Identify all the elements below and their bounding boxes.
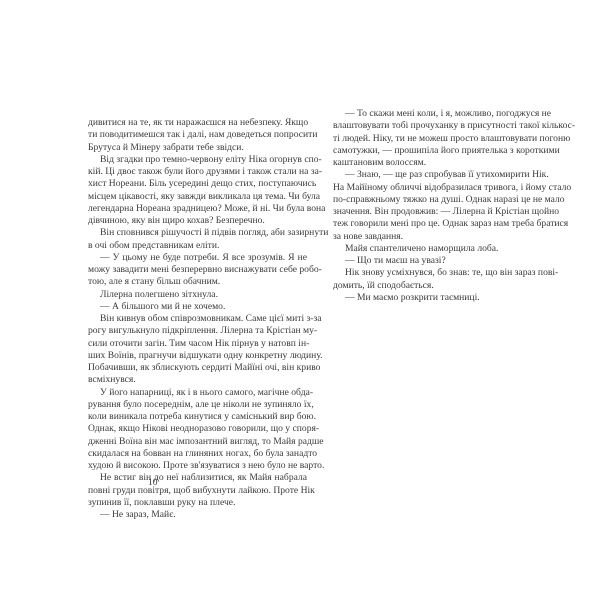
text-line: Не встиг він до неї наблизитися, як Майя… bbox=[88, 472, 307, 484]
text-line: Брутуса й Мінеру забрати тебе звідси. bbox=[88, 142, 307, 154]
text-line: Лілерна полегшено зітхнула. bbox=[88, 289, 307, 301]
text-line: сили оточити загін. Тим часом Нік пірнув… bbox=[88, 338, 307, 350]
text-line: теж говорили мені про це. Однак зараз на… bbox=[333, 218, 529, 230]
text-line: коли виникала потреба кинутися у саміснь… bbox=[88, 411, 307, 423]
text-line: дивитися на те, як ти наражаєшся на небе… bbox=[88, 117, 307, 129]
text-line: кій. Ці двоє також були його друзями і т… bbox=[88, 166, 307, 178]
text-line: влаштовувати тобі прочуханку в присутнос… bbox=[333, 120, 529, 132]
text-line: — Що ти маєш на увазі? bbox=[333, 255, 529, 267]
text-line: — Знаю, — ще раз спробував її утихомирит… bbox=[333, 169, 529, 181]
text-line: по-справжньому тяжко на душі. Однак нара… bbox=[333, 194, 529, 206]
text-line: ших Воїнів, прагнучи відшукати одну конк… bbox=[88, 350, 307, 362]
page-number: 10 bbox=[148, 477, 158, 488]
text-line: місцем цікавості, яку завжди викликала ц… bbox=[88, 191, 307, 203]
right-page-text: — То скажи мені коли, і я, можливо, пого… bbox=[333, 108, 529, 304]
book-spread: дивитися на те, як ти наражаєшся на небе… bbox=[0, 0, 600, 600]
text-line: Він кивнув обом співрозмовникам. Саме ці… bbox=[88, 313, 307, 325]
text-line: в очі обом представникам еліти. bbox=[88, 240, 307, 252]
text-line: дівчиною, яку він щиро кохав? Безперечно… bbox=[88, 215, 307, 227]
text-line: — А більшого ми й не хочемо. bbox=[88, 301, 307, 313]
text-line: худою й високою. Проте зв'язуватися з не… bbox=[88, 460, 307, 472]
text-line: Нік знову усміхнувся, бо знав: те, що ві… bbox=[333, 267, 529, 279]
left-page-text: дивитися на те, як ти наражаєшся на небе… bbox=[88, 117, 307, 521]
text-line: ті людей. Ніку, ти не можеш просто влашт… bbox=[333, 133, 529, 145]
text-line: — У цьому не буде потреби. Я все зрозумі… bbox=[88, 252, 307, 264]
text-line: На Майїному обличчі відобразилася тривог… bbox=[333, 182, 529, 194]
text-line: домить, їй сподобається. bbox=[333, 280, 529, 292]
text-line: каштановим волоссям. bbox=[333, 157, 529, 169]
text-line: повні груди повітря, щоб вибухнути лайко… bbox=[88, 485, 307, 497]
text-line: скидалася на бовван на глиняних ногах, б… bbox=[88, 448, 307, 460]
text-line: — То скажи мені коли, і я, можливо, пого… bbox=[333, 108, 529, 120]
text-line: Однак, якщо Нікові неодноразово говорили… bbox=[88, 423, 307, 435]
text-line: всміхнувся. bbox=[88, 374, 307, 386]
text-line: — Не зараз, Майє. bbox=[88, 509, 307, 521]
text-line: Від згадки про темно-червону еліту Ніка … bbox=[88, 154, 307, 166]
text-line: за нове завдання. bbox=[333, 231, 529, 243]
text-line: Побачивши, як зблискують сердиті Майїні … bbox=[88, 362, 307, 374]
text-line: самотужки, — прошипіла його приятелька з… bbox=[333, 145, 529, 157]
text-line: Майя спантеличено наморщила лоба. bbox=[333, 243, 529, 255]
text-line: Він сповнився рішучості й підвів погляд,… bbox=[88, 227, 307, 239]
text-line: ти поводитимешся так і далі, нам доведет… bbox=[88, 129, 307, 141]
text-line: рогу вигулькнуло підкріплення. Лілерна т… bbox=[88, 325, 307, 337]
text-line: тою, але я стану більш обачним. bbox=[88, 276, 307, 288]
text-line: зупинив її, поклавши руку на плече. bbox=[88, 497, 307, 509]
text-line: можу завадити мені безперервно виснажува… bbox=[88, 264, 307, 276]
text-line: рування було посереднім, але це ніколи н… bbox=[88, 399, 307, 411]
text-line: значення. Він продовжив: — Лілерна й Крі… bbox=[333, 206, 529, 218]
text-line: хист Нореани. Біль усередині дещо стих, … bbox=[88, 178, 307, 190]
text-line: У його напарниці, як і в нього самого, м… bbox=[88, 387, 307, 399]
text-line: — Ми маємо розкрити таємниці. bbox=[333, 292, 529, 304]
text-line: легендарна Нореана зрадницею? Може, й ні… bbox=[88, 203, 307, 215]
text-line: дженні Воїна він має імпозантний вигляд,… bbox=[88, 436, 307, 448]
